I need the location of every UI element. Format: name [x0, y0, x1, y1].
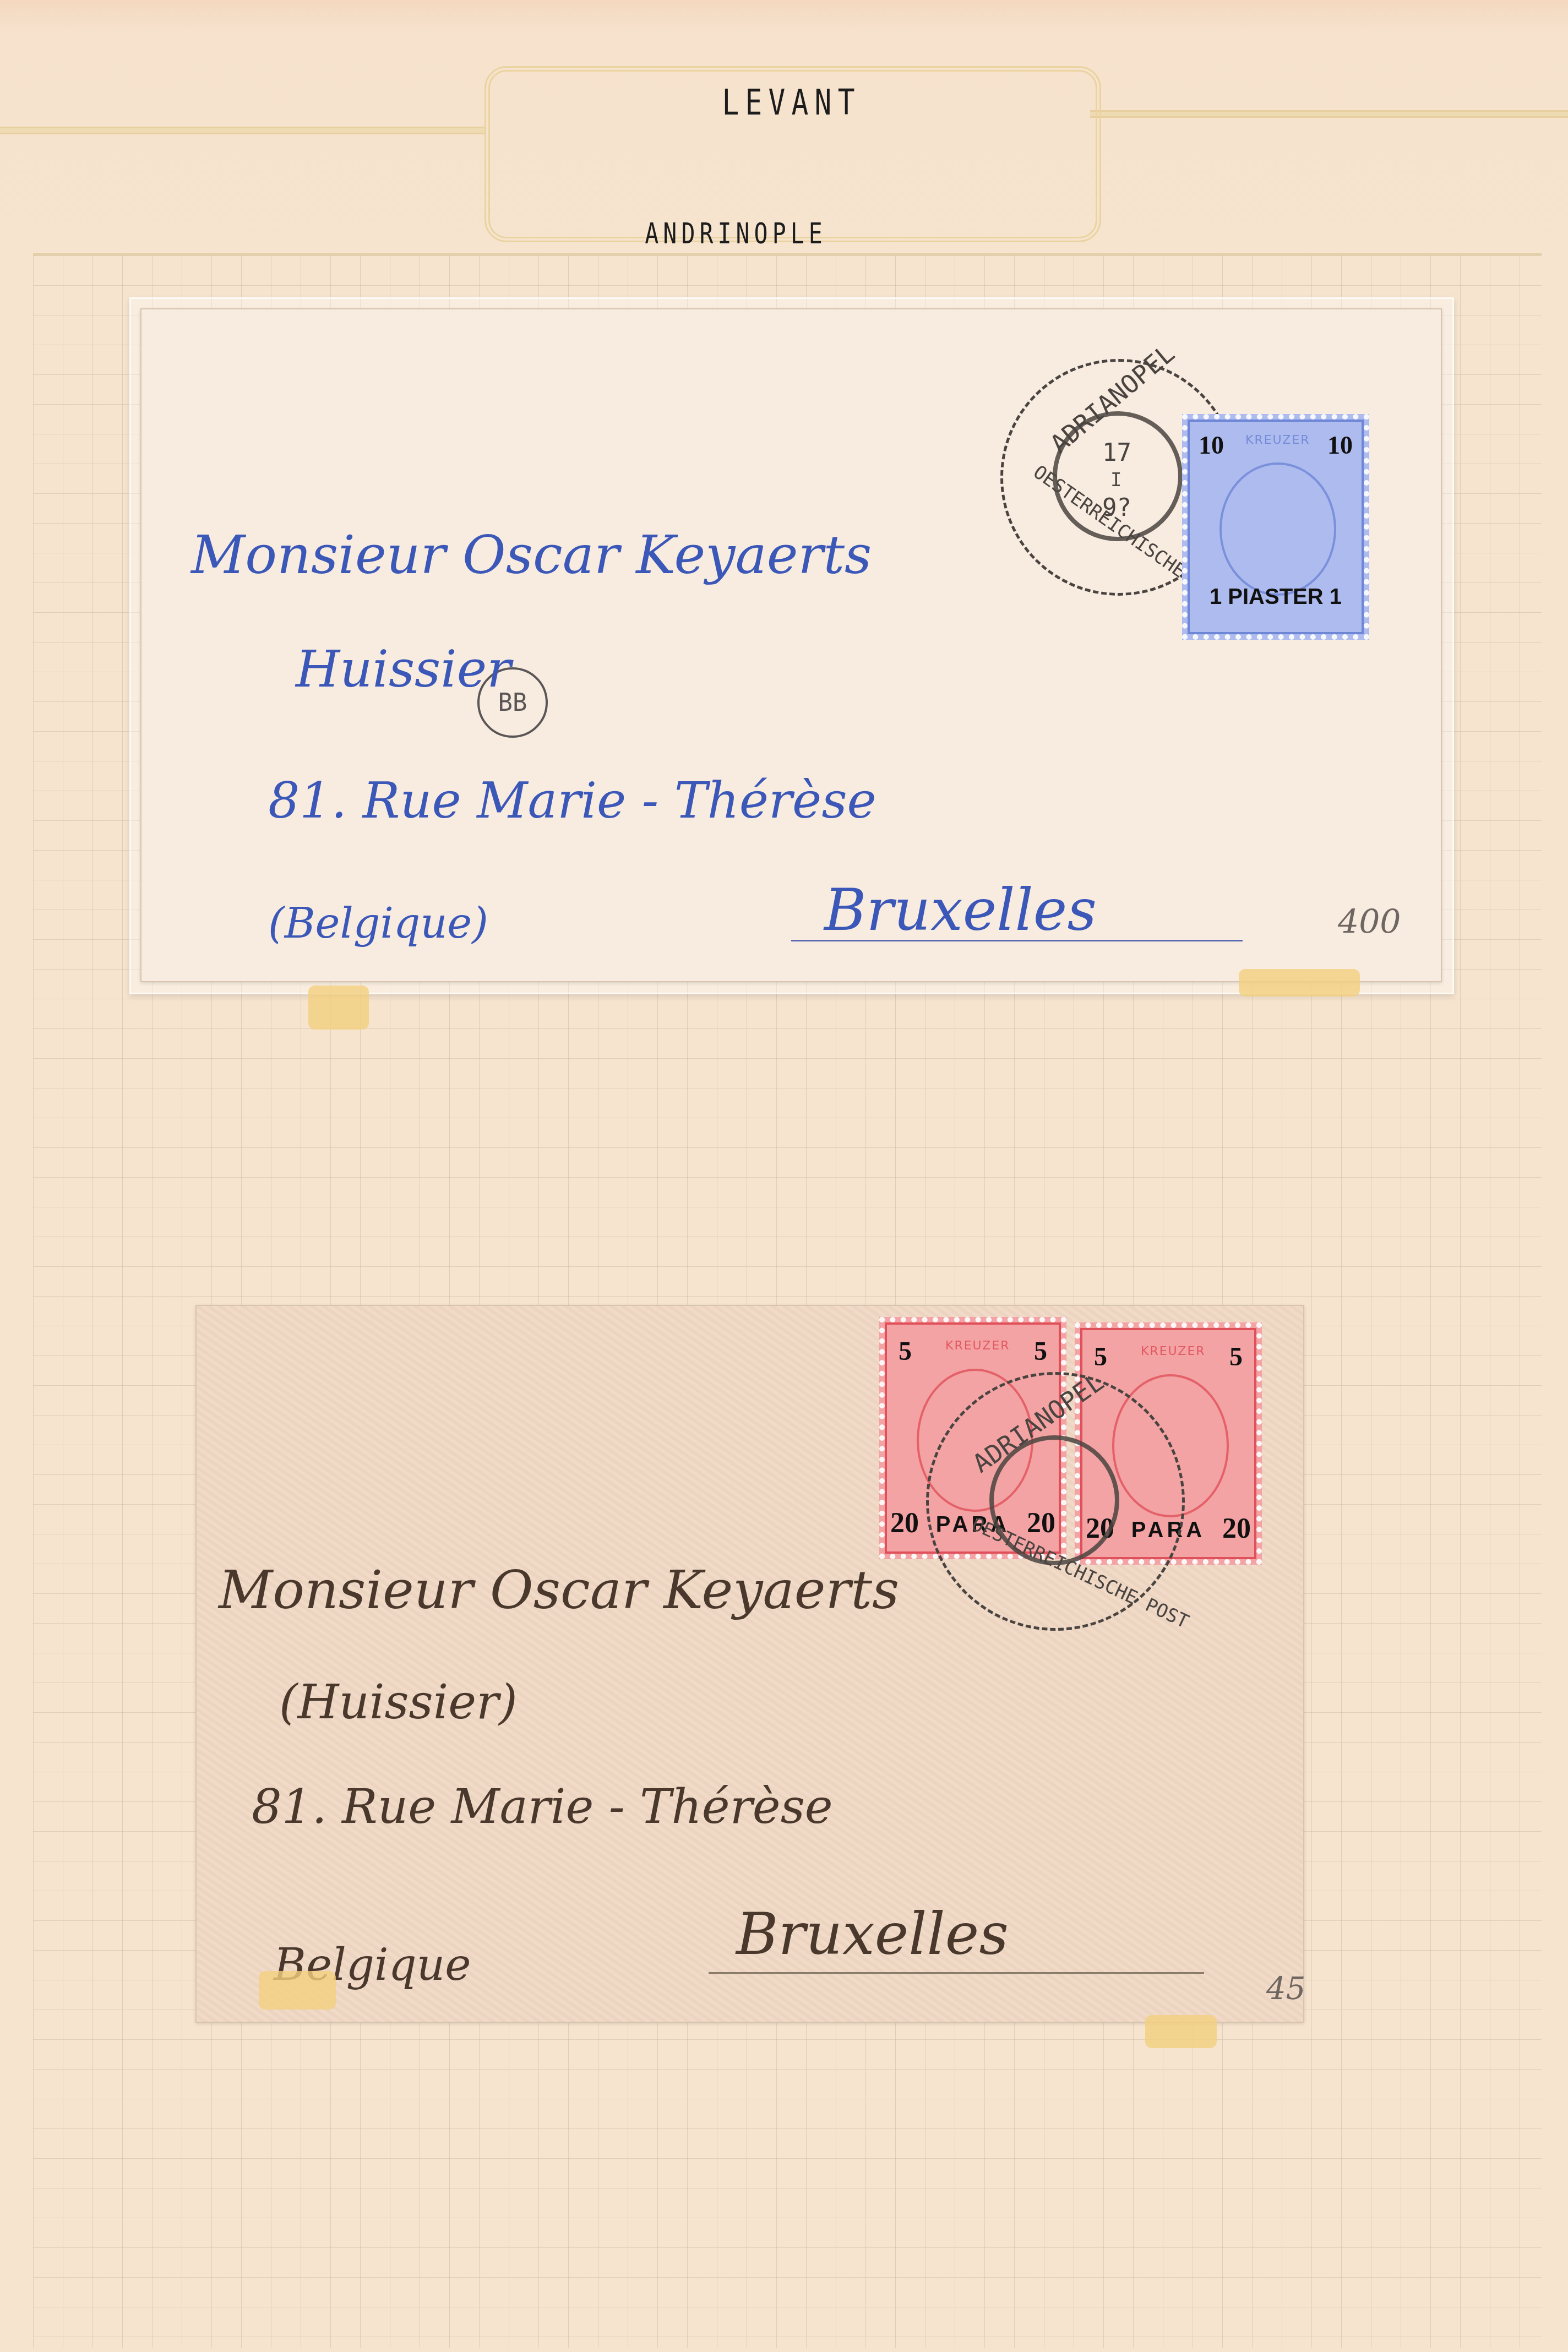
- address-line-5: (Belgique): [268, 899, 488, 948]
- pencil-note-1: 400: [1338, 903, 1401, 941]
- postmark-1-year: 9?: [1102, 494, 1131, 522]
- address-line-1: Monsieur Oscar Keyaerts: [191, 524, 872, 586]
- stamp-1-piaster: 10 10 KREUZER 1 PIASTER 1: [1182, 414, 1369, 640]
- stamp-top-label: KREUZER: [1245, 433, 1310, 447]
- cover-2: 5 5 KREUZER 20 PARA 20 5 5 KREUZER 20 PA…: [195, 1305, 1304, 2023]
- address-line-4: Bruxelles: [824, 876, 1097, 944]
- postmark-2: ADRIANOPEL OESTERREICHISCHE POST: [926, 1372, 1185, 1631]
- hinge-1b: [1239, 969, 1360, 997]
- postmark-1-day: 17: [1102, 439, 1131, 467]
- stamp-corner-value-tl: 10: [1199, 431, 1224, 460]
- portrait-oval: [1219, 462, 1337, 596]
- page-subtitle: ANDRINOPLE: [645, 217, 826, 251]
- stamp-corner-value-tr: 5: [1034, 1336, 1047, 1366]
- address-line-2: (Huissier): [279, 1675, 518, 1730]
- stamp-corner-value-tl: 5: [899, 1336, 912, 1366]
- stamp-surcharge-right: 20: [1222, 1512, 1251, 1545]
- address-line-1: Monsieur Oscar Keyaerts: [219, 1559, 899, 1621]
- pencil-note-2: 45: [1266, 1971, 1305, 2007]
- stamp-top-label: KREUZER: [945, 1339, 1010, 1353]
- cover-1: ADRIANOPEL OESTERREICHISCHE POST 17 I 9?…: [140, 308, 1442, 982]
- address-line-4: Bruxelles: [736, 1901, 1009, 1968]
- address-line-3: 81. Rue Marie - Thérèse: [268, 772, 876, 830]
- ornament-line-left: [0, 127, 484, 134]
- stamp-corner-value-tr: 10: [1327, 431, 1353, 460]
- page-header-band: LEVANT ANDRINOPLE: [0, 0, 1568, 253]
- postmark-1-month: I: [1110, 469, 1121, 491]
- stamp-surcharge: 1 PIASTER 1: [1188, 585, 1364, 609]
- stamp-corner-value-tr: 5: [1229, 1342, 1243, 1372]
- address-underline-1: [791, 940, 1243, 941]
- stamp-top-label: KREUZER: [1141, 1344, 1206, 1358]
- hinge-2b: [1145, 2015, 1217, 2048]
- page-title: LEVANT: [722, 83, 861, 123]
- stamp-corner-value-tl: 5: [1094, 1342, 1107, 1372]
- ornament-line-right: [1090, 110, 1568, 118]
- hinge-2a: [259, 1971, 336, 2010]
- address-line-2: Huissier: [296, 640, 511, 699]
- hinge-1a: [308, 986, 369, 1030]
- address-line-3: 81. Rue Marie - Thérèse: [252, 1779, 833, 1834]
- address-underline-2: [709, 1972, 1204, 1974]
